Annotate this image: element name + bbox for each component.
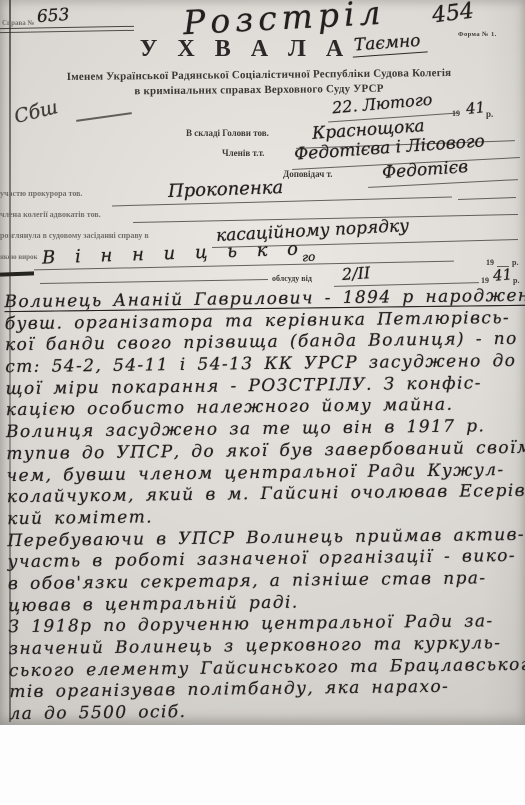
court-name-line2: в кримінальних справах Верховного Суду У…	[4, 81, 514, 98]
page-number: 454	[431, 0, 476, 28]
prosecutor-underline-2	[458, 197, 516, 200]
court-name-line1: Іменем Української Радянської Соціалісти…	[4, 66, 514, 83]
margin-dash	[76, 112, 132, 122]
members-label: Членів т.т.	[222, 148, 264, 158]
prosecutor-label: участю прокурора тов.	[0, 189, 83, 198]
verdict-label: якою вирок	[0, 253, 38, 261]
oblast-court-line	[40, 279, 268, 284]
form-number-label: Форма № 1.	[458, 31, 497, 38]
advocate-label: члена колегії адвокатів тов.	[0, 210, 101, 219]
oblast-year-prefix: 19	[481, 276, 489, 285]
chairman-label: В складі Голови тов.	[186, 128, 269, 138]
row-start-mark	[0, 271, 34, 276]
prosecutor-value: Прокопенка	[168, 177, 284, 202]
scanned-document: Справа № 653 Розстріл 454 Форма № 1. Тає…	[0, 0, 525, 725]
case-number-value: 653	[36, 5, 70, 27]
rapporteur-label: Доповідач т.	[283, 169, 333, 179]
oblast-year-suffix: р.	[513, 276, 519, 285]
scan-background	[0, 725, 525, 805]
verdict-court-suffix: го	[302, 250, 316, 265]
margin-initials: Сбш	[12, 96, 60, 128]
document-title: У Х В А Л А	[60, 36, 430, 63]
document-page: Справа № 653 Розстріл 454 Форма № 1. Тає…	[0, 0, 525, 805]
rapporteur-value: Федотієв	[381, 157, 468, 183]
date-suffix: р.	[486, 109, 493, 119]
body-text: Волинець Ананій Гаврилович - 1894 р наро…	[4, 286, 524, 725]
verdict-year-suffix: р.	[512, 258, 518, 267]
oblast-year-value: 41	[492, 265, 513, 285]
date-year-value: 41	[465, 98, 486, 118]
review-mode-label: розглянула в судовому засіданні справу в	[0, 231, 149, 240]
case-underline	[0, 26, 134, 33]
oblast-court-label: облсуду від	[272, 274, 312, 283]
case-number-label: Справа №	[2, 19, 35, 27]
verdict-year-prefix: 19	[486, 258, 494, 267]
oblast-court-date: 2/ІІ	[341, 263, 370, 284]
